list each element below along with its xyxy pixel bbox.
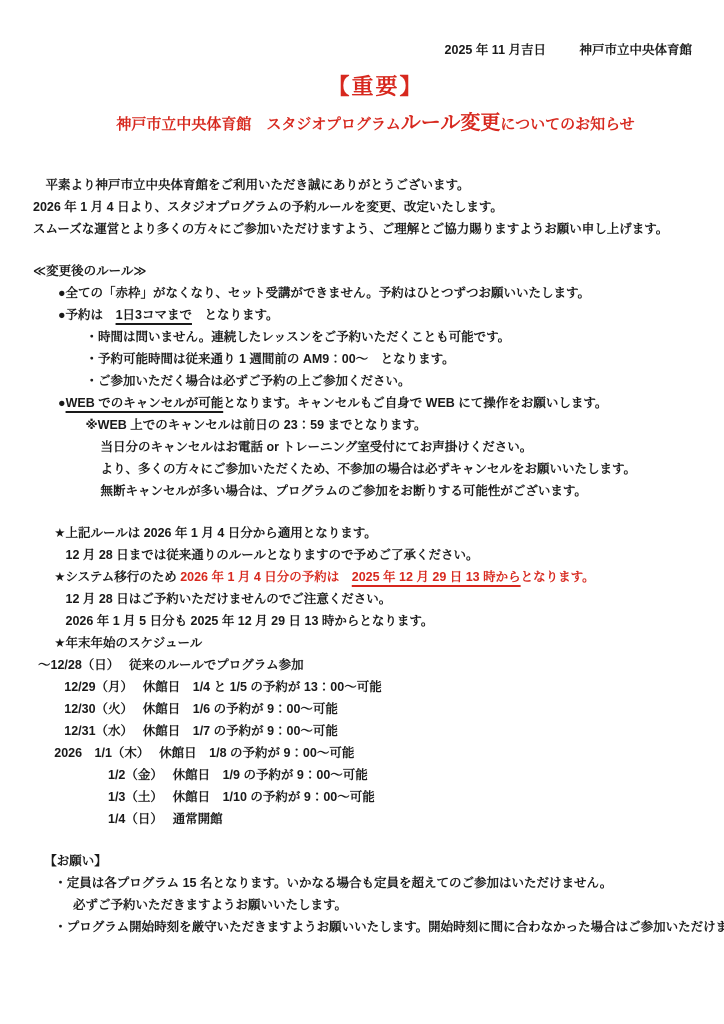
document-line: 2026 年 1 月 4 日より、スタジオプログラムの予約ルールを変更、改定いた… xyxy=(33,196,718,218)
document-title: 【重要】 xyxy=(33,72,718,102)
styled-text-red: となります。 xyxy=(521,570,595,584)
text-run: 神戸市立中央体育館 スタジオプログラム xyxy=(116,116,400,133)
text-run: 1/3（土） 休館日 1/10 の予約が 9：00～可能 xyxy=(108,790,375,804)
styled-text-red: 2026 年 1 月 4 日分の予約は xyxy=(180,570,352,584)
section-intro: 平素より神戸市立中央体育館をご利用いただき誠にありがとうございます。2026 年… xyxy=(33,174,718,240)
styled-text-redu: 2025 年 12 月 29 日 13 時から xyxy=(352,570,521,584)
document-line: 無断キャンセルが多い場合は、プログラムのご参加をお断りする可能性がございます。 xyxy=(33,480,718,502)
document-line: 2026 1/1（木） 休館日 1/8 の予約が 9：00～可能 xyxy=(33,742,718,764)
text-run: 12/29（月） 休館日 1/4 と 1/5 の予約が 13：00～可能 xyxy=(64,680,381,694)
document-line: ●全ての「赤枠」がなくなり、セット受講ができません。予約はひとつずつお願いいたし… xyxy=(33,282,718,304)
text-run: となります。 xyxy=(192,308,279,322)
document-line: 1/3（土） 休館日 1/10 の予約が 9：00～可能 xyxy=(33,786,718,808)
document-line: ★上記ルールは 2026 年 1 月 4 日分から適用となります。 xyxy=(33,522,718,544)
text-run: ～12/28（日） 従来のルールでプログラム参加 xyxy=(38,658,304,672)
text-run: 無断キャンセルが多い場合は、プログラムのご参加をお断りする可能性がございます。 xyxy=(101,484,587,498)
document-line: 1/4（日） 通常開館 xyxy=(33,808,718,830)
text-run: 12/30（火） 休館日 1/6 の予約が 9：00～可能 xyxy=(64,702,338,716)
text-run: ★年末年始のスケジュール xyxy=(54,636,202,650)
text-run: ・ご参加いただく場合は必ずご予約の上ご参加ください。 xyxy=(86,374,411,388)
document-line: スムーズな運営とより多くの方々にご参加いただけますよう、ご理解とご協力賜りますよ… xyxy=(33,218,718,240)
section-schedule: ～12/28（日） 従来のルールでプログラム参加12/29（月） 休館日 1/4… xyxy=(33,654,718,830)
text-run: ・プログラム開始時刻を厳守いただきますようお願いいたします。開始時刻に間に合わな… xyxy=(54,920,724,934)
document-page: 2025 年 11 月吉日 神戸市立中央体育館 【重要】 神戸市立中央体育館 ス… xyxy=(0,0,724,1024)
text-run: ★システム移行のため xyxy=(54,570,180,584)
section-rules: ≪変更後のルール≫●全ての「赤枠」がなくなり、セット受講ができません。予約はひと… xyxy=(33,260,718,502)
text-run: 12 月 28 日までは従来通りのルールとなりますので予めご了承ください。 xyxy=(66,548,479,562)
document-line: ※WEB 上でのキャンセルは前日の 23：59 までとなります。 xyxy=(33,414,718,436)
text-run: となります。キャンセルもご自身で WEB にて操作をお願いします。 xyxy=(223,396,607,410)
document-subtitle: 神戸市立中央体育館 スタジオプログラムルール変更についてのお知らせ xyxy=(33,110,718,138)
text-run: 12/31（水） 休館日 1/7 の予約が 9：00～可能 xyxy=(64,724,338,738)
document-line: ・予約可能時間は従来通り 1 週間前の AM9：00～ となります。 xyxy=(33,348,718,370)
text-run: より、多くの方々にご参加いただくため、不参加の場合は必ずキャンセルをお願いいたし… xyxy=(101,462,637,476)
styled-text-big: ルール変更 xyxy=(401,112,501,134)
section-notes: ★上記ルールは 2026 年 1 月 4 日分から適用となります。12 月 28… xyxy=(33,522,718,654)
document-line: ～12/28（日） 従来のルールでプログラム参加 xyxy=(33,654,718,676)
document-line: 12/31（水） 休館日 1/7 の予約が 9：00～可能 xyxy=(33,720,718,742)
document-line: ・ご参加いただく場合は必ずご予約の上ご参加ください。 xyxy=(33,370,718,392)
document-line: ・プログラム開始時刻を厳守いただきますようお願いいたします。開始時刻に間に合わな… xyxy=(33,916,718,938)
text-run: についてのお知らせ xyxy=(500,116,634,133)
section-requests: 【お願い】・定員は各プログラム 15 名となります。いかなる場合も定員を超えての… xyxy=(33,850,718,938)
document-line: ●WEB でのキャンセルが可能となります。キャンセルもご自身で WEB にて操作… xyxy=(33,392,718,414)
text-run: ● xyxy=(58,396,66,410)
document-line: 当日分のキャンセルはお電話 or トレーニング室受付にてお声掛けください。 xyxy=(33,436,718,458)
document-line: ≪変更後のルール≫ xyxy=(33,260,718,282)
document-line: ・時間は問いません。連続したレッスンをご予約いただくことも可能です。 xyxy=(33,326,718,348)
document-body: 平素より神戸市立中央体育館をご利用いただき誠にありがとうございます。2026 年… xyxy=(33,174,718,938)
text-run: ≪変更後のルール≫ xyxy=(33,264,146,278)
text-run: 当日分のキャンセルはお電話 or トレーニング室受付にてお声掛けください。 xyxy=(101,440,533,454)
text-run: 12 月 28 日はご予約いただけませんのでご注意ください。 xyxy=(66,592,392,606)
document-line: ●予約は 1日3コマまで となります。 xyxy=(33,304,718,326)
document-line: ★年末年始のスケジュール xyxy=(33,632,718,654)
document-line: 12 月 28 日までは従来通りのルールとなりますので予めご了承ください。 xyxy=(33,544,718,566)
document-line: 2026 年 1 月 5 日分も 2025 年 12 月 29 日 13 時から… xyxy=(33,610,718,632)
issue-date: 2025 年 11 月吉日 xyxy=(445,43,546,57)
document-line: ・定員は各プログラム 15 名となります。いかなる場合も定員を超えてのご参加はい… xyxy=(33,872,718,894)
text-run: ★上記ルールは 2026 年 1 月 4 日分から適用となります。 xyxy=(54,526,377,540)
text-run: 1/2（金） 休館日 1/9 の予約が 9：00～可能 xyxy=(108,768,368,782)
text-run: 必ずご予約いただきますようお願いいたします。 xyxy=(73,898,347,912)
text-run: ※WEB 上でのキャンセルは前日の 23：59 までとなります。 xyxy=(86,418,427,432)
text-run: 2026 1/1（木） 休館日 1/8 の予約が 9：00～可能 xyxy=(54,746,354,760)
text-run: 平素より神戸市立中央体育館をご利用いただき誠にありがとうございます。 xyxy=(46,178,470,192)
text-run: ・予約可能時間は従来通り 1 週間前の AM9：00～ となります。 xyxy=(86,352,455,366)
text-run: 2026 年 1 月 5 日分も 2025 年 12 月 29 日 13 時から… xyxy=(66,614,434,628)
text-run: ・定員は各プログラム 15 名となります。いかなる場合も定員を超えてのご参加はい… xyxy=(54,876,612,890)
document-line: 12/29（月） 休館日 1/4 と 1/5 の予約が 13：00～可能 xyxy=(33,676,718,698)
document-line: より、多くの方々にご参加いただくため、不参加の場合は必ずキャンセルをお願いいたし… xyxy=(33,458,718,480)
document-line: 12 月 28 日はご予約いただけませんのでご注意ください。 xyxy=(33,588,718,610)
document-line: 平素より神戸市立中央体育館をご利用いただき誠にありがとうございます。 xyxy=(33,174,718,196)
text-run: ・時間は問いません。連続したレッスンをご予約いただくことも可能です。 xyxy=(86,330,511,344)
document-line: 1/2（金） 休館日 1/9 の予約が 9：00～可能 xyxy=(33,764,718,786)
date-org-line: 2025 年 11 月吉日 神戸市立中央体育館 xyxy=(33,42,718,58)
text-run: スムーズな運営とより多くの方々にご参加いただけますよう、ご理解とご協力賜りますよ… xyxy=(33,222,668,236)
document-line: 12/30（火） 休館日 1/6 の予約が 9：00～可能 xyxy=(33,698,718,720)
text-run: ●予約は xyxy=(58,308,116,322)
styled-text-u: 1日3コマまで xyxy=(116,308,192,322)
text-run: 【お願い】 xyxy=(44,854,107,868)
styled-text-u: WEB でのキャンセルが可能 xyxy=(66,396,224,410)
document-line: 【お願い】 xyxy=(33,850,718,872)
text-run: 2026 年 1 月 4 日より、スタジオプログラムの予約ルールを変更、改定いた… xyxy=(33,200,503,214)
document-line: ★システム移行のため 2026 年 1 月 4 日分の予約は 2025 年 12… xyxy=(33,566,718,588)
text-run: ●全ての「赤枠」がなくなり、セット受講ができません。予約はひとつずつお願いいたし… xyxy=(58,286,590,300)
organization-name: 神戸市立中央体育館 xyxy=(579,43,692,57)
document-line: 必ずご予約いただきますようお願いいたします。 xyxy=(33,894,718,916)
text-run: 1/4（日） 通常開館 xyxy=(108,812,223,826)
